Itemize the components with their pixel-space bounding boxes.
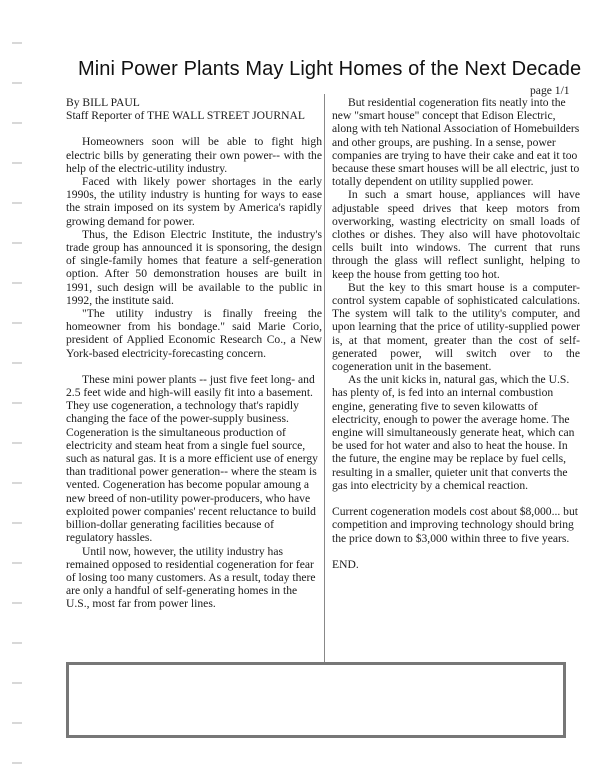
paragraph: Thus, the Edison Electric Institute, the… [66,228,322,307]
margin-mark [12,322,22,324]
paragraph: But residential cogeneration fits neatly… [332,96,580,188]
margin-mark [12,642,22,644]
byline: By BILL PAUL [66,96,322,109]
empty-bordered-box [66,662,566,738]
right-column: But residential cogeneration fits neatly… [332,96,580,571]
affiliation: Staff Reporter of THE WALL STREET JOURNA… [66,109,322,122]
paragraph: In such a smart house, appliances will h… [332,188,580,280]
margin-mark [12,362,22,364]
margin-mark [12,282,22,284]
margin-mark [12,762,22,764]
column-divider [324,94,325,664]
paragraph: Faced with likely power shortages in the… [66,175,322,228]
paragraph: But the key to this smart house is a com… [332,281,580,373]
margin-mark [12,122,22,124]
margin-mark [12,522,22,524]
left-column: By BILL PAUL Staff Reporter of THE WALL … [66,96,322,611]
margin-mark [12,682,22,684]
paragraph: As the unit kicks in, natural gas, which… [332,373,580,492]
page-title: Mini Power Plants May Light Homes of the… [78,58,558,81]
paragraph: These mini power plants -- just five fee… [66,373,322,545]
margin-mark [12,442,22,444]
margin-mark [12,722,22,724]
paragraph: Current cogeneration models cost about $… [332,505,580,545]
paragraph: "The utility industry is finally freeing… [66,307,322,360]
paragraph: Until now, however, the utility industry… [66,545,322,611]
margin-mark [12,242,22,244]
margin-mark [12,482,22,484]
margin-mark [12,602,22,604]
margin-mark [12,402,22,404]
margin-mark [12,202,22,204]
margin-mark [12,82,22,84]
margin-mark [12,562,22,564]
end-marker: END. [332,558,580,571]
margin-mark [12,162,22,164]
paragraph: Homeowners soon will be able to fight hi… [66,135,322,175]
margin-mark [12,42,22,44]
